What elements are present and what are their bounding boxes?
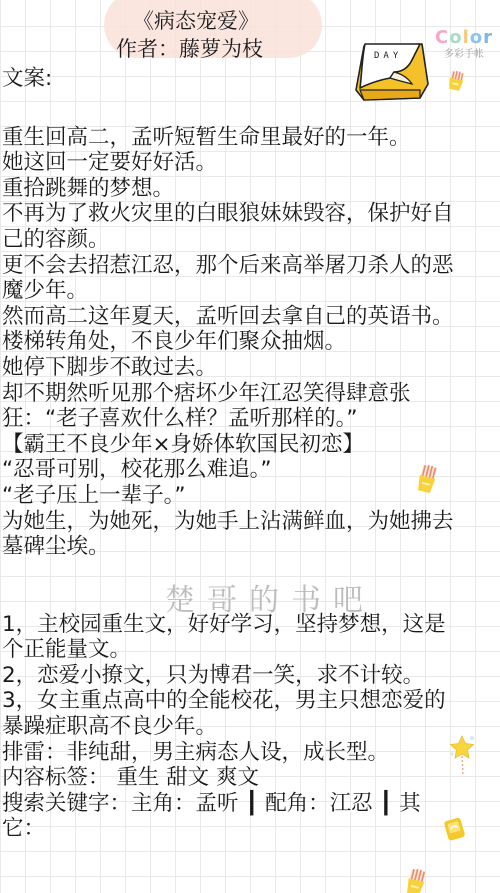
warning-line: 排雷：非纯甜，男主病态人设，成长型。	[2, 740, 498, 766]
brand-logo: Color	[433, 28, 495, 48]
notes-line: 3，女主重点高中的全能校花，男主只想恋爱的	[2, 688, 498, 714]
synopsis-line: 楼梯转角处，不良少年们聚众抽烟。	[2, 329, 498, 355]
synopsis-line: 魔少年。	[2, 278, 498, 304]
notes-line: 暴躁症职高不良少年。	[2, 714, 498, 740]
notes-line: 2，恋爱小撩文，只为博君一笑，求不计较。	[2, 663, 498, 689]
author-line: 作者：藤萝为枝	[116, 36, 263, 62]
book-title: 《病态宠爱》	[133, 8, 259, 34]
synopsis-line: 却不期然听见那个痞坏少年江忍笑得肆意张	[2, 381, 498, 407]
spacer	[2, 560, 498, 612]
section-label: 文案:	[2, 66, 498, 92]
notes-line: 个正能量文。	[2, 637, 498, 663]
synopsis-line: 她停下脚步不敢过去。	[2, 355, 498, 381]
synopsis-line: 重生回高二，孟听短暂生命里最好的一年。	[2, 125, 498, 151]
keywords-line: 它：	[2, 816, 498, 842]
synopsis-line: “忍哥可别，校花那么难追。”	[2, 457, 498, 483]
synopsis-line: 为她生，为她死，为她手上沾满鲜血，为她拂去	[2, 509, 498, 535]
synopsis-line: 墓碑尘埃。	[2, 534, 498, 560]
brand-subtitle: 多彩手帐	[433, 48, 495, 62]
synopsis-line: 【霸王不良少年×身娇体软国民初恋】	[2, 432, 498, 458]
keywords-line: 搜索关键字：主角：孟听 ┃ 配角：江忍 ┃ 其	[2, 791, 498, 817]
synopsis-line: 己的容颜。	[2, 227, 498, 253]
color-journal-brand: Color 多彩手帐	[433, 28, 495, 62]
synopsis-line: 不再为了救火灾里的白眼狼妹妹毁容，保护好自	[2, 201, 498, 227]
synopsis-line: 她这回一定要好好活。	[2, 150, 498, 176]
synopsis-line: 狂：“老子喜欢什么样？孟听那样的。”	[2, 406, 498, 432]
synopsis-line: “老子压上一辈子。”	[2, 483, 498, 509]
synopsis-line: 重拾跳舞的梦想。	[2, 176, 498, 202]
svg-text:DAY: DAY	[374, 51, 402, 61]
book-synopsis: 文案: 重生回高二，孟听短暂生命里最好的一年。 她这回一定要好好活。 重拾跳舞的…	[2, 66, 498, 842]
fries-sticker-icon	[404, 868, 428, 893]
notes-line: 1，主校园重生文，好好学习，坚持梦想，这是	[2, 612, 498, 638]
synopsis-line: 然而高二这年夏天，孟听回去拿自己的英语书。	[2, 304, 498, 330]
spacer	[2, 92, 498, 125]
tags-line: 内容标签： 重生 甜文 爽文	[2, 765, 498, 791]
synopsis-line: 更不会去招惹江忍，那个后来高举屠刀杀人的恶	[2, 253, 498, 279]
